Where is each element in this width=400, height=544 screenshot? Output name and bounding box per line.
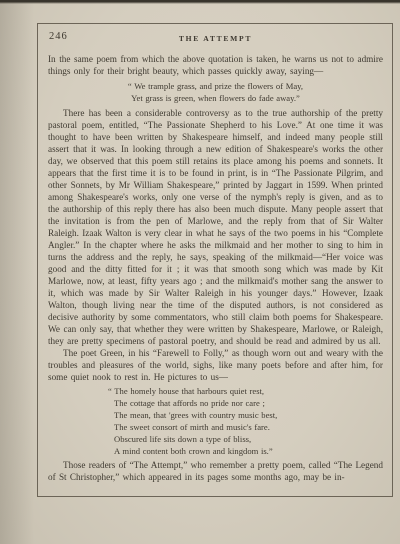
- verse-line: Yet grass is green, when flowers do fade…: [48, 92, 383, 104]
- scanned-book-page: 246 THE ATTEMPT In the same poem from wh…: [0, 0, 400, 544]
- verse-line: Obscured life sits down a type of bliss,: [108, 433, 383, 445]
- verse-line: A mind content both crown and kingdom is…: [108, 445, 383, 457]
- verse-line: “ We trample grass, and prize the flower…: [48, 80, 383, 92]
- running-title: THE ATTEMPT: [48, 34, 383, 43]
- verse-line: The mean, that 'grees with country music…: [108, 409, 383, 421]
- paragraph-controversy: There has been a considerable controvers…: [48, 107, 383, 347]
- verse-line: The sweet consort of mirth and music's f…: [108, 421, 383, 433]
- page-header: 246 THE ATTEMPT: [48, 31, 383, 46]
- paragraph-intro: In the same poem from which the above qu…: [48, 53, 383, 77]
- verse-line: “ The homely house that harbours quiet r…: [108, 385, 383, 397]
- verse-line: The cottage that affords no pride nor ca…: [108, 397, 383, 409]
- scan-top-edge: [0, 0, 400, 4]
- paragraph-closing: Those readers of “The Attempt,” who reme…: [48, 459, 383, 483]
- verse-quote-homely-house: “ The homely house that harbours quiet r…: [108, 385, 383, 457]
- paragraph-poet-green: The poet Green, in his “Farewell to Foll…: [48, 347, 383, 383]
- page-frame: 246 THE ATTEMPT In the same poem from wh…: [37, 23, 393, 497]
- verse-quote-may: “ We trample grass, and prize the flower…: [48, 80, 383, 104]
